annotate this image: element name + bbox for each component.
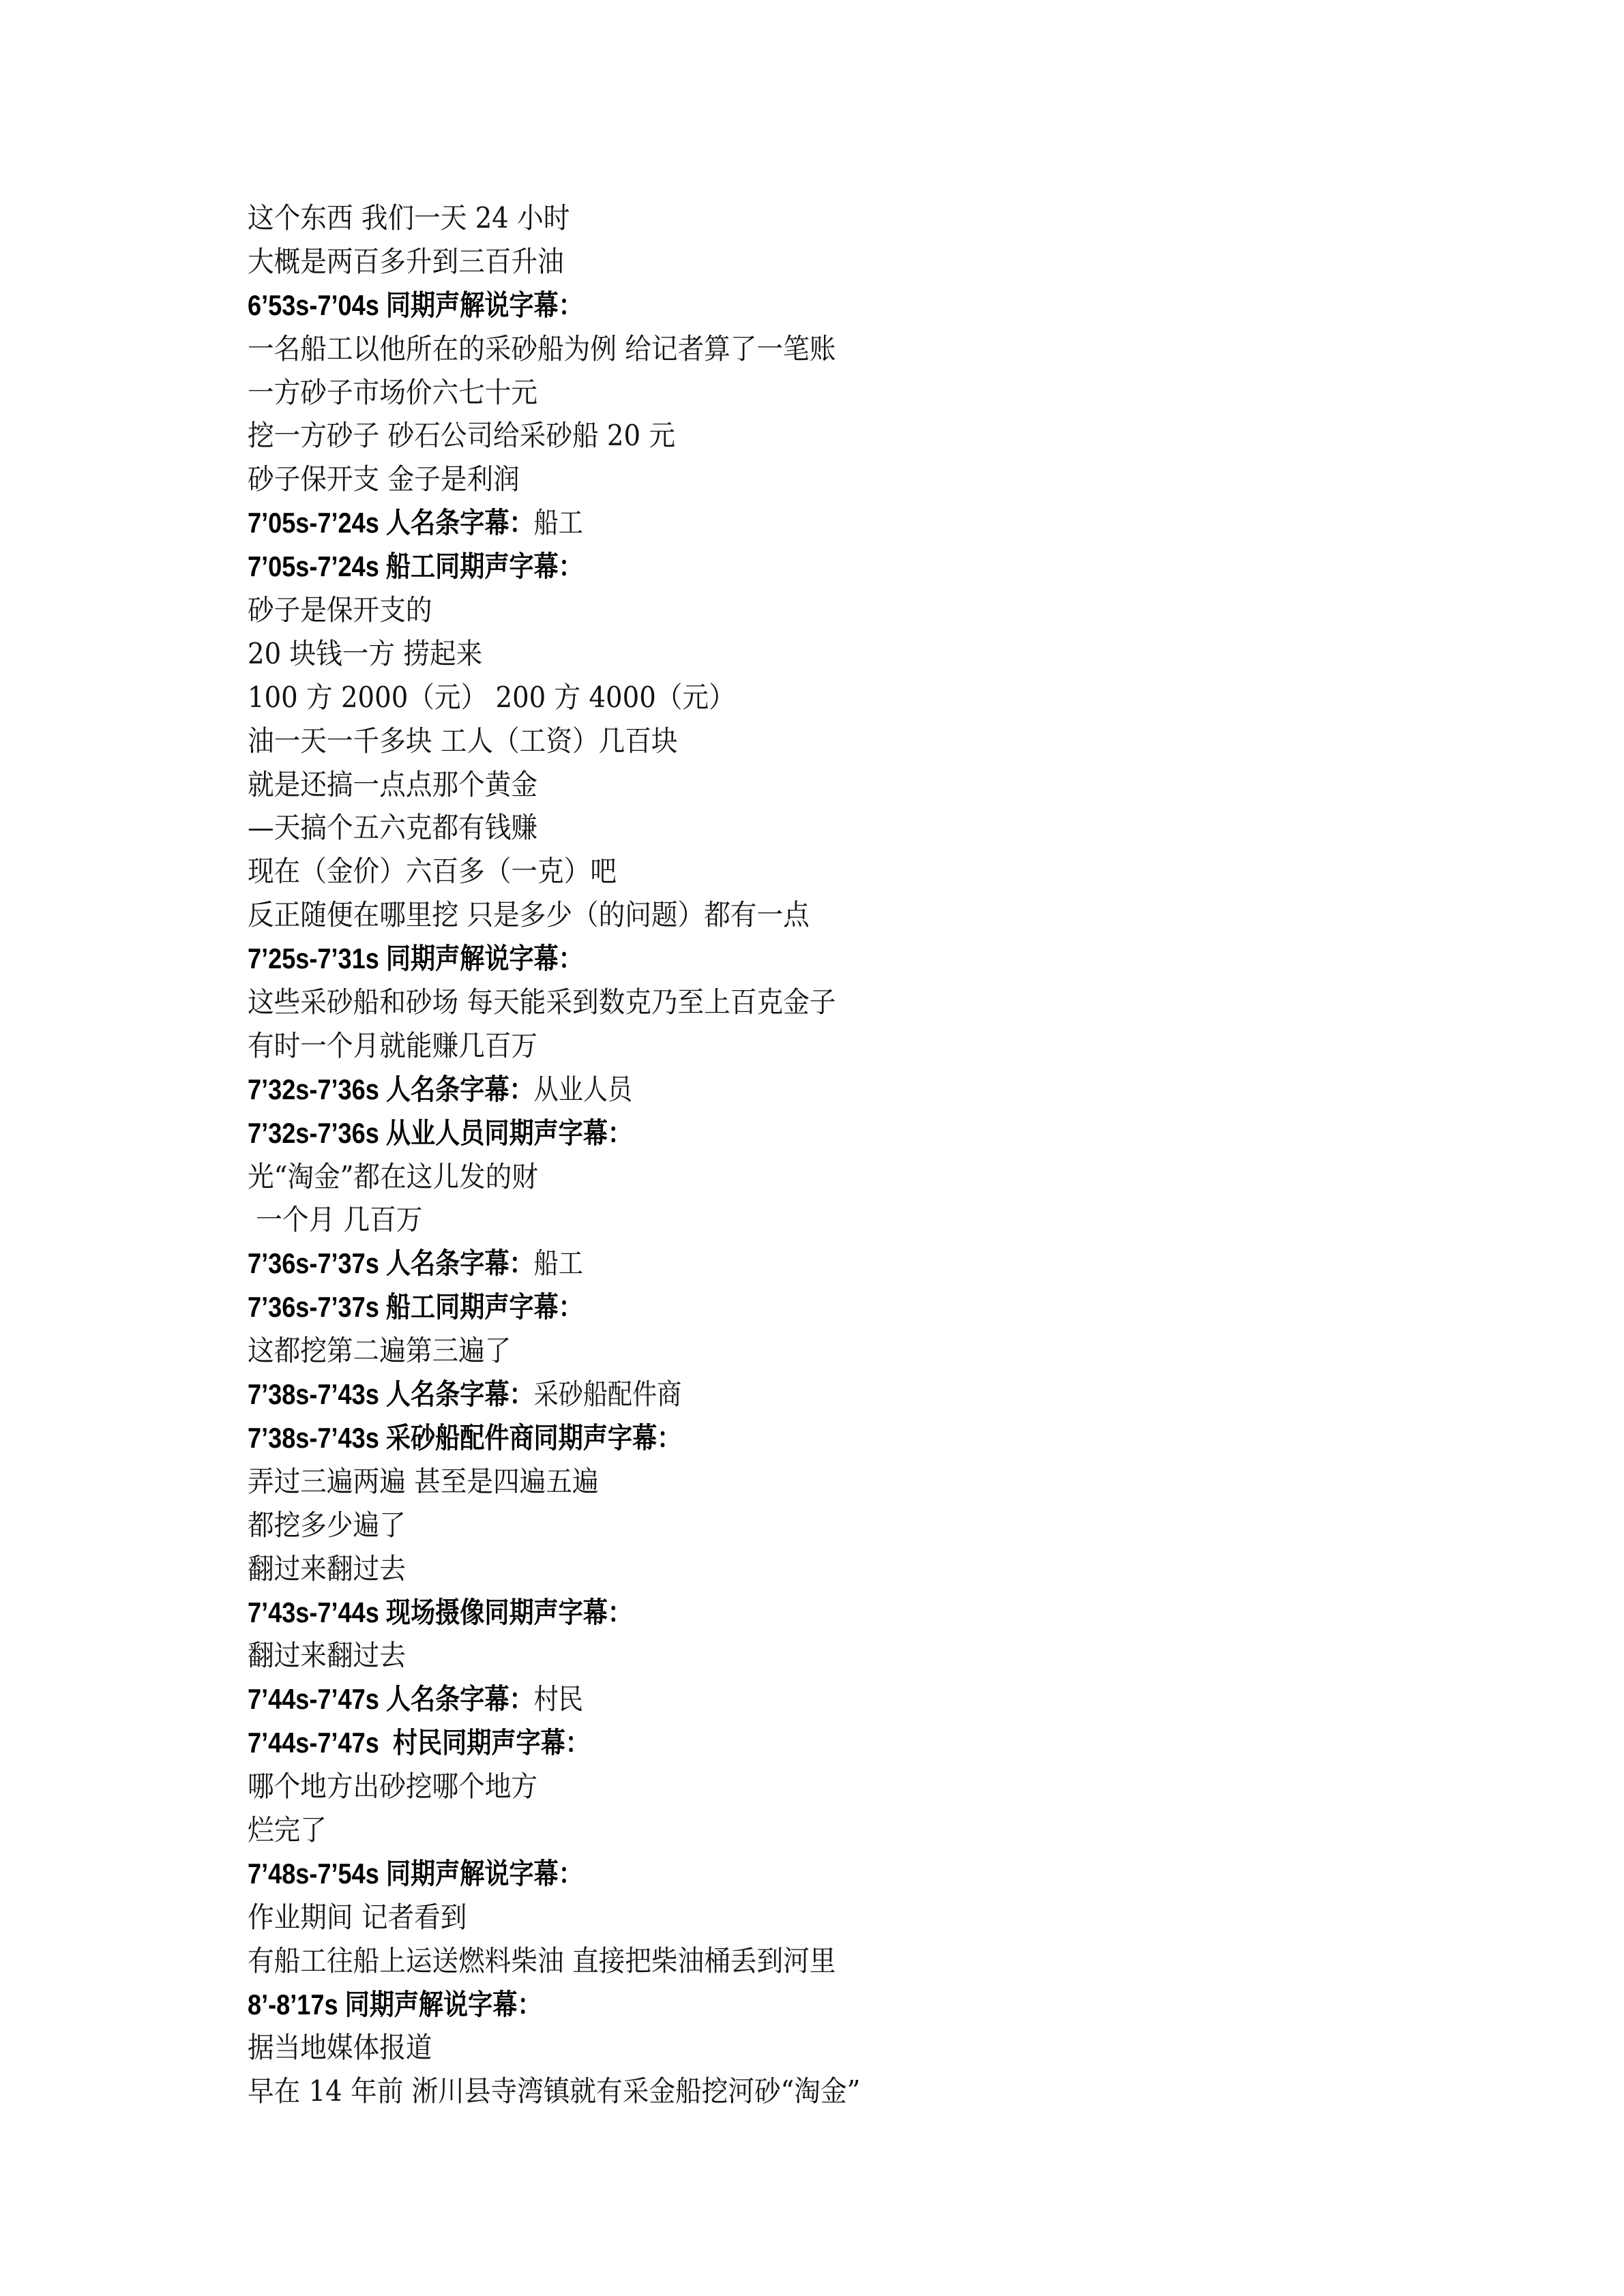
section-heading: 6’53s-7’04s 同期声解说字幕： — [248, 284, 1362, 327]
body-line: 这些采砂船和砂场 每天能采到数克乃至上百克金子 — [248, 981, 1440, 1024]
body-line: 一个月 几百万 — [248, 1198, 1440, 1242]
heading-text: 6’53s-7’04s 同期声解说字幕： — [248, 289, 583, 321]
caption-name: 船工 — [534, 1247, 583, 1280]
body-line: 20 块钱一方 捞起来 — [248, 632, 1440, 676]
caption-name: 船工 — [534, 506, 583, 539]
heading-text: 7’36s-7’37s 船工同期声字幕： — [248, 1291, 583, 1323]
heading-text: 7’32s-7’36s 人名条字幕： — [248, 1073, 534, 1105]
body-line: 就是还搞一点点那个黄金 — [248, 763, 1440, 807]
section-heading: 7’36s-7’37s 船工同期声字幕： — [248, 1285, 1362, 1329]
body-line: 砂子是保开支的 — [248, 588, 1440, 632]
name-caption-heading: 7’32s-7’36s 人名条字幕：从业人员 — [248, 1068, 1362, 1112]
body-line: 哪个地方出砂挖哪个地方 — [248, 1765, 1440, 1808]
body-line: 油一天一千多块 工人（工资）几百块 — [248, 719, 1440, 763]
heading-text: 7’38s-7’43s 采砂船配件商同期声字幕： — [248, 1422, 681, 1454]
body-line: 烂完了 — [248, 1808, 1440, 1852]
section-heading: 7’38s-7’43s 采砂船配件商同期声字幕： — [248, 1416, 1362, 1460]
body-line: —天搞个五六克都有钱赚 — [248, 806, 1440, 850]
body-line: 砂子保开支 金子是利润 — [248, 458, 1440, 501]
section-heading: 7’44s-7’47s 村民同期声字幕： — [248, 1721, 1362, 1765]
body-line: 这个东西 我们一天 24 小时 — [248, 196, 1440, 240]
body-line: 作业期间 记者看到 — [248, 1896, 1440, 1939]
heading-text: 7’48s-7’54s 同期声解说字幕： — [248, 1858, 583, 1890]
section-heading: 7’32s-7’36s 从业人员同期声字幕： — [248, 1112, 1362, 1155]
section-heading: 7’25s-7’31s 同期声解说字幕： — [248, 937, 1362, 981]
body-line: 挖一方砂子 砂石公司给采砂船 20 元 — [248, 414, 1440, 458]
heading-text: 7’38s-7’43s 人名条字幕： — [248, 1378, 534, 1410]
section-heading: 8’-8’17s 同期声解说字幕： — [248, 1983, 1362, 2027]
body-line: 翻过来翻过去 — [248, 1547, 1440, 1591]
body-line: 现在（金价）六百多（一克）吧 — [248, 850, 1440, 893]
document-page: 这个东西 我们一天 24 小时 大概是两百多升到三百升油 6’53s-7’04s… — [248, 196, 1544, 2113]
body-line: 都挖多少遍了 — [248, 1504, 1440, 1547]
section-heading: 7’48s-7’54s 同期声解说字幕： — [248, 1852, 1362, 1896]
heading-text: 7’25s-7’31s 同期声解说字幕： — [248, 942, 583, 974]
body-line: 有时一个月就能赚几百万 — [248, 1024, 1440, 1068]
body-line: 一名船工以他所在的采砂船为例 给记者算了一笔账 — [248, 327, 1440, 371]
section-heading: 7’43s-7’44s 现场摄像同期声字幕： — [248, 1591, 1362, 1635]
body-line: 据当地媒体报道 — [248, 2026, 1440, 2070]
body-line: 弄过三遍两遍 甚至是四遍五遍 — [248, 1460, 1440, 1504]
body-line: 这都挖第二遍第三遍了 — [248, 1329, 1440, 1373]
body-line: 一方砂子市场价六七十元 — [248, 371, 1440, 415]
heading-text: 7’32s-7’36s 从业人员同期声字幕： — [248, 1117, 632, 1149]
name-caption-heading: 7’38s-7’43s 人名条字幕：采砂船配件商 — [248, 1373, 1362, 1416]
body-line: 大概是两百多升到三百升油 — [248, 240, 1440, 284]
name-caption-heading: 7’36s-7’37s 人名条字幕：船工 — [248, 1242, 1362, 1285]
heading-text: 7’44s-7’47s 人名条字幕： — [248, 1683, 534, 1715]
section-heading: 7’05s-7’24s 船工同期声字幕： — [248, 545, 1362, 588]
body-line: 反正随便在哪里挖 只是多少（的问题）都有一点 — [248, 893, 1440, 937]
heading-text: 7’44s-7’47s 村民同期声字幕： — [248, 1727, 590, 1759]
body-line: 100 方 2000（元） 200 方 4000（元） — [248, 676, 1440, 719]
heading-text: 7’43s-7’44s 现场摄像同期声字幕： — [248, 1596, 632, 1628]
caption-name: 采砂船配件商 — [534, 1377, 682, 1411]
heading-text: 7’36s-7’37s 人名条字幕： — [248, 1247, 534, 1279]
name-caption-heading: 7’44s-7’47s 人名条字幕：村民 — [248, 1678, 1362, 1721]
body-line: 有船工往船上运送燃料柴油 直接把柴油桶丢到河里 — [248, 1939, 1440, 1983]
heading-text: 7’05s-7’24s 船工同期声字幕： — [248, 550, 583, 582]
name-caption-heading: 7’05s-7’24s 人名条字幕：船工 — [248, 501, 1362, 545]
body-line: 翻过来翻过去 — [248, 1634, 1440, 1678]
caption-name: 村民 — [534, 1682, 583, 1716]
caption-name: 从业人员 — [534, 1073, 632, 1106]
body-line: 光“淘金”都在这儿发的财 — [248, 1155, 1440, 1199]
heading-text: 8’-8’17s 同期声解说字幕： — [248, 1988, 542, 2021]
body-line: 早在 14 年前 淅川县寺湾镇就有采金船挖河砂“淘金” — [248, 2070, 1440, 2113]
heading-text: 7’05s-7’24s 人名条字幕： — [248, 507, 534, 539]
